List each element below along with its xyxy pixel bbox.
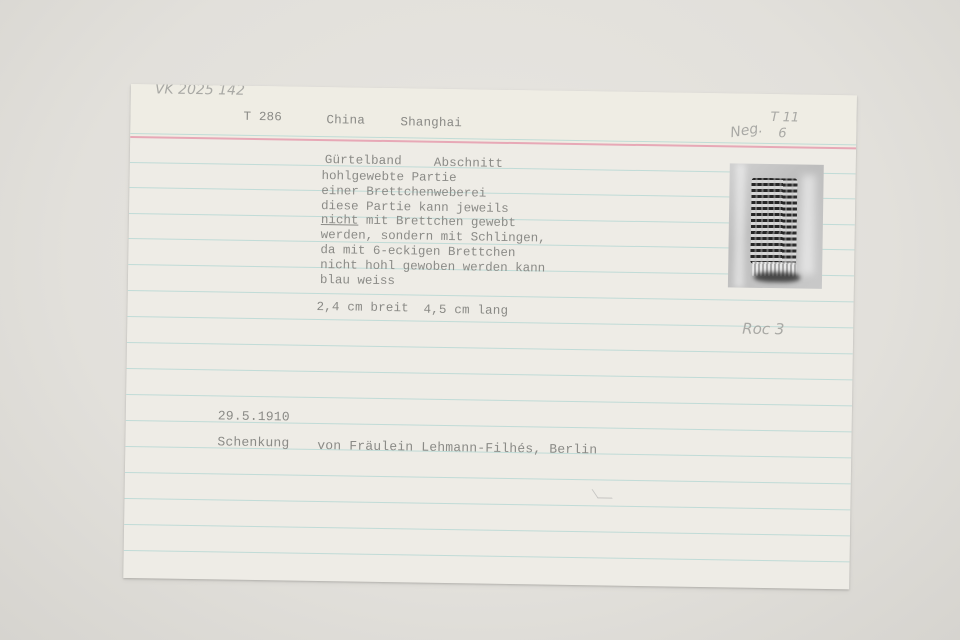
description-line: hohlgewebte Partie — [321, 169, 456, 185]
object-part: Abschnitt — [434, 156, 504, 171]
photo-glare — [800, 175, 816, 275]
object-photo — [728, 163, 824, 288]
acquisition-type: Schenkung — [217, 434, 289, 450]
pencil-mark — [592, 489, 613, 498]
dimension-length: 4,5 cm lang — [423, 303, 508, 318]
ruled-line — [126, 394, 852, 406]
negative-number-top: T 11 — [770, 110, 799, 125]
ruled-line — [125, 472, 851, 484]
description-line: blau weiss — [320, 273, 395, 288]
description-line: einer Brettchenweberei — [321, 184, 486, 201]
object-name: Gürtelband — [325, 153, 402, 168]
negative-number-bottom: 6 — [778, 126, 787, 141]
country: China — [326, 113, 365, 128]
ruled-line — [127, 368, 853, 380]
ruled-line — [124, 498, 850, 510]
dimension-width: 2,4 cm breit — [316, 300, 409, 315]
ruled-line — [127, 342, 853, 354]
ruled-line — [124, 524, 850, 536]
photo-shadow — [754, 272, 800, 283]
inventory-number: VK 2025 142 — [155, 84, 245, 99]
underlined-word: nicht — [321, 213, 359, 228]
donor: von Fräulein Lehmann-Filhés, Berlin — [317, 438, 597, 457]
catalog-number: T 286 — [243, 110, 282, 125]
photo-glare — [734, 164, 746, 288]
description: hohlgewebte Partie einer Brettchenwebere… — [320, 169, 547, 291]
city: Shanghai — [400, 115, 462, 130]
ruled-line — [128, 290, 854, 302]
woven-fabric-image — [750, 178, 797, 265]
box-label: Roc 3 — [742, 320, 784, 339]
description-line: mit Brettchen gewebt — [366, 214, 516, 230]
ruled-line — [124, 550, 850, 562]
catalog-card: VK 2025 142 T 286 China Shanghai Neg. T … — [123, 84, 857, 589]
acquisition-date: 29.5.1910 — [218, 408, 290, 424]
